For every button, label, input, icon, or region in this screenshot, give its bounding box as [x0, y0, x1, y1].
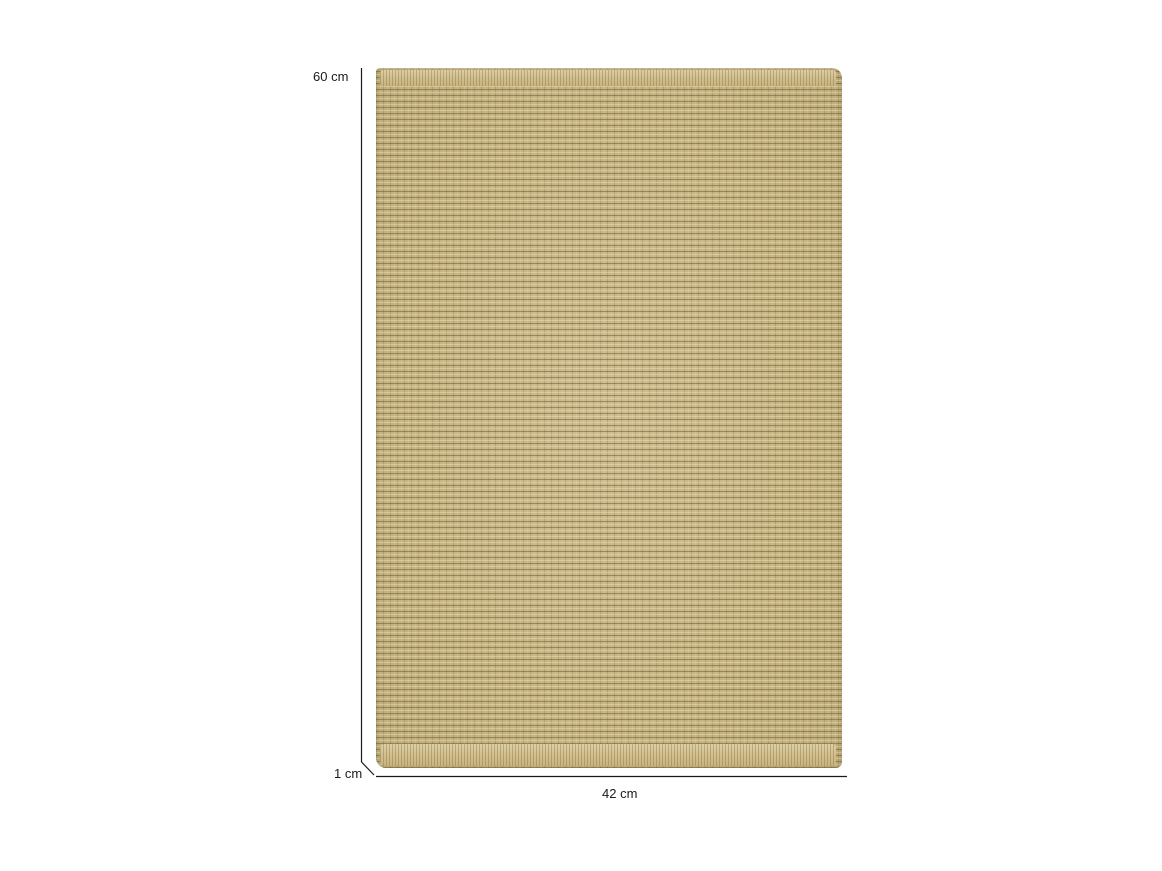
depth-label: 1 cm: [334, 767, 362, 780]
rug-bottom-hem: [380, 744, 836, 766]
depth-dimension-line: [362, 762, 375, 775]
height-label: 60 cm: [313, 70, 348, 83]
width-label: 42 cm: [602, 787, 637, 800]
jute-rug: [376, 68, 842, 768]
rug-top-hem: [380, 70, 836, 86]
product-dimension-image: 60 cm 1 cm 42 cm: [0, 0, 1162, 871]
